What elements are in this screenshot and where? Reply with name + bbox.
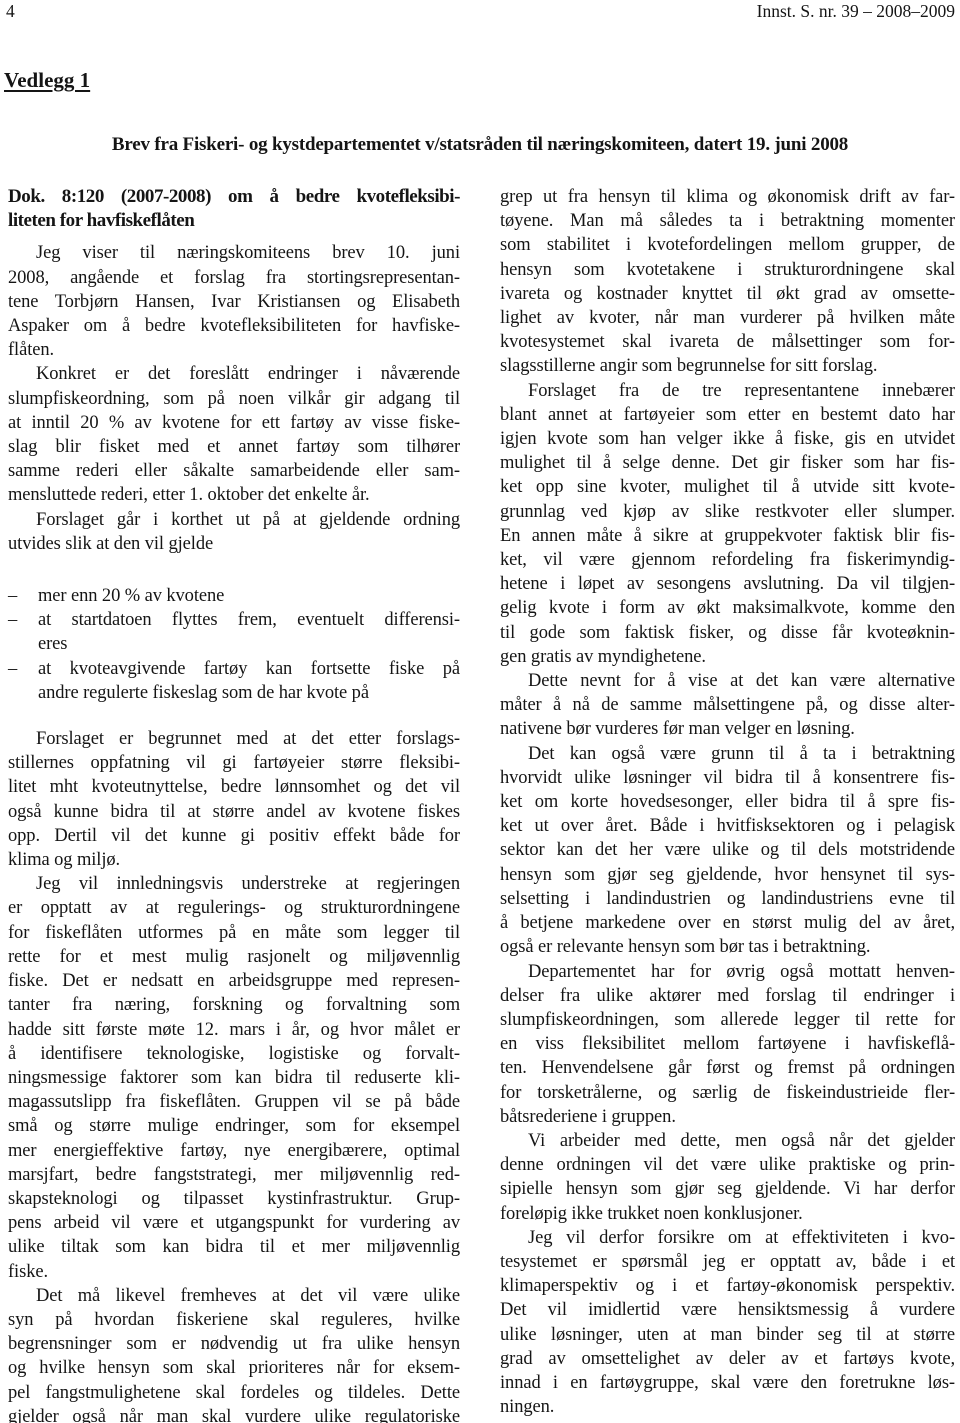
text-line: Det vil imidlertid være hensiktsmessig å… [500, 1298, 955, 1322]
text-line: små og større mulige endringer, som for … [8, 1114, 460, 1138]
text-line: delser fra ulike aktører med forslag til… [500, 984, 955, 1008]
text-line: mer enn 20 % av kvotene [38, 584, 460, 608]
text-line: denne ordningen vil det være ulike prakt… [500, 1153, 955, 1177]
text-line: grunnlag ved kjøp av slike restkvoter el… [500, 500, 955, 524]
text-line: fiske. [8, 1260, 460, 1284]
text-line: også er relevante hensyn som bør tas i b… [500, 935, 955, 959]
text-line: samme rederi eller såkalte samarbeidende… [8, 459, 460, 483]
text-line: er opptatt av at regulerings- og struktu… [8, 896, 460, 920]
text-line: slumpfiskeordningen, som allerede legger… [500, 1008, 955, 1032]
text-line: hetene i løpet av sesongens avslutning. … [500, 572, 955, 596]
paragraph: Jeg vil derfor forsikre om at effektivit… [500, 1226, 955, 1420]
text-line: slagsstillerne angir som begrunnelse for… [500, 354, 955, 378]
vedlegg-heading: Vedlegg 1 [4, 68, 90, 93]
text-line: rette for et mest mulig rasjonelt og mil… [8, 945, 460, 969]
text-line: utvides slik at den vil gjelde [8, 532, 460, 556]
text-line: tesystemet er spørsmål jeg er opptatt av… [500, 1250, 955, 1274]
text-line: tøyene. Man må således ta i betraktning … [500, 209, 955, 233]
text-line: andre regulerte fiskeslag som de har kvo… [38, 681, 460, 705]
text-line: lighet av kvoter, når man vurderer på hv… [500, 306, 955, 330]
text-line: mensluttede rederi, etter 1. oktober det… [8, 483, 460, 507]
paragraph: Forslaget går i korthet ut på at gjelden… [8, 508, 460, 556]
text-line: Departementet har for øvrig også mottatt… [500, 960, 955, 984]
text-line: sektor kan det her være ulike og til del… [500, 838, 955, 862]
list-item: –at kvoteavgivende fartøy kan fortsette … [8, 657, 460, 705]
text-line: Det kan også være grunn til å ta i betra… [500, 742, 955, 766]
text-line: nativene bør vurderes før man velger en … [500, 717, 955, 741]
text-line: grad av omsettelighet av deler av et far… [500, 1347, 955, 1371]
text-line: foreløpig ikke trukket noen konklusjoner… [500, 1202, 955, 1226]
text-line: Jeg vil derfor forsikre om at effektivit… [500, 1226, 955, 1250]
text-line: pens arbeid vil være et utgangspunkt for… [8, 1211, 460, 1235]
text-line: begrensninger som er nødvendig ut fra ul… [8, 1332, 460, 1356]
text-line: liteten for havfiskeflåten [8, 209, 460, 233]
text-line: ket, vil være gjennom refordeling fra fi… [500, 548, 955, 572]
section-heading: Dok. 8:120 (2007-2008) om å bedre kvotef… [8, 185, 460, 233]
text-line: gelig kvote i form av økt maksimalkvote,… [500, 596, 955, 620]
text-line: mulighet til å selge denne. Det gir fisk… [500, 451, 955, 475]
text-line: ket ut over året. Både i hvitfisksektore… [500, 814, 955, 838]
paragraph: Vi arbeider med dette, men også når det … [500, 1129, 955, 1226]
text-line: litet mht kvoteutnyttelse, bedre lønnsom… [8, 775, 460, 799]
text-line: også kunne bidra til at større andel av … [8, 800, 460, 824]
text-line: igjen kvote som han velger ikke å fiske,… [500, 427, 955, 451]
text-line: opp. Dertil vil det kunne gi positiv eff… [8, 824, 460, 848]
text-line: hvorvidt ulike løsninger vil bidra til å… [500, 766, 955, 790]
text-line: å betjene markedene over en størst mulig… [500, 911, 955, 935]
text-line: en viss fleksibilitet mellom fartøyene i… [500, 1032, 955, 1056]
text-line: En annen måte å sikre at gruppekvoter fa… [500, 524, 955, 548]
journal-reference: Innst. S. nr. 39 – 2008–2009 [757, 1, 955, 21]
text-line: 2008, angående et forslag fra stortingsr… [8, 266, 460, 290]
text-line: at kvoteavgivende fartøy kan fortsette f… [38, 657, 460, 681]
paragraph: Departementet har for øvrig også mottatt… [500, 960, 955, 1129]
letter-title: Brev fra Fiskeri- og kystdepartementet v… [0, 134, 960, 156]
text-line: gen gratis av myndighetene. [500, 645, 955, 669]
text-line: ulike tiltak som kan bidra til et mer mi… [8, 1235, 460, 1259]
text-line: sipielle hensyn som gjør seg gjeldende. … [500, 1177, 955, 1201]
text-line: mer energieffektive fartøy, nye energibæ… [8, 1139, 460, 1163]
text-line: marsjfart, bedre fangststrategi, mer mil… [8, 1163, 460, 1187]
paragraph: Forslaget er begrunnet med at det etter … [8, 727, 460, 872]
paragraph: Konkret er det foreslått endringer i nåv… [8, 362, 460, 507]
dash-bullet: – [8, 584, 17, 608]
text-line: Vi arbeider med dette, men også når det … [500, 1129, 955, 1153]
text-line: kvotesystemet skal ivareta de målsetting… [500, 330, 955, 354]
text-line: ket opp sine kvoter, mulighet til å utvi… [500, 475, 955, 499]
paragraph: Jeg vil innledningsvis understreke at re… [8, 872, 460, 1283]
list-item-text: at kvoteavgivende fartøy kan fortsette f… [38, 657, 460, 705]
dash-bullet: – [8, 608, 17, 632]
text-line: skapsteknologi og tilpasset kystinfrastr… [8, 1187, 460, 1211]
text-line: å identifisere teknologiske, logistiske … [8, 1042, 460, 1066]
text-line: båtsrederiene i gruppen. [500, 1105, 955, 1129]
text-line: hensyn som kvotetakene i strukturordning… [500, 258, 955, 282]
paragraph: Det må likevel fremheves at det vil være… [8, 1284, 460, 1423]
text-line: Dok. 8:120 (2007-2008) om å bedre kvotef… [8, 185, 460, 209]
text-line: magassutslipp fra fiskeflåten. Gruppen v… [8, 1090, 460, 1114]
text-line: blant annet at fartøyeier som etter en b… [500, 403, 955, 427]
list-item: –mer enn 20 % av kvotene [8, 584, 460, 608]
paragraph: grep ut fra hensyn til klima og økonomis… [500, 185, 955, 379]
list-item: –at startdatoen flyttes frem, eventuelt … [8, 608, 460, 656]
text-line: hensyn som gjør seg gjeldende, hvor hens… [500, 863, 955, 887]
text-line: at inntil 20 % av kvotene for ett fartøy… [8, 411, 460, 435]
document-page: 4 Innst. S. nr. 39 – 2008–2009 Vedlegg 1… [0, 0, 960, 1423]
paragraph: Forslaget fra de tre representantene inn… [500, 379, 955, 669]
list-item-text: at startdatoen flyttes frem, eventuelt d… [38, 608, 460, 656]
text-line: som stabilitet i kvotefordelingen mellom… [500, 233, 955, 257]
page-number: 4 [6, 1, 15, 21]
text-line: stillernes oppfatning vil gi fartøyeier … [8, 751, 460, 775]
text-line: ulike løsninger, uten at man binder seg … [500, 1323, 955, 1347]
text-line: til gode som faktisk fisker, og disse få… [500, 621, 955, 645]
text-line: for fiskeflåten utformes på en måte som … [8, 921, 460, 945]
text-line: slumpfiskeordning, som på noen vilkår gi… [8, 387, 460, 411]
text-line: selsetting i landindustrien og landindus… [500, 887, 955, 911]
text-line: gjelder også når man skal vurdere ulike … [8, 1405, 460, 1423]
text-line: eres [38, 632, 460, 656]
text-line: flåten. [8, 338, 460, 362]
list-item-text: mer enn 20 % av kvotene [38, 584, 460, 608]
text-line: måter å nå de samme målsettingene på, og… [500, 693, 955, 717]
text-column-left: Dok. 8:120 (2007-2008) om å bedre kvotef… [8, 185, 460, 1423]
text-line: ningsmessige faktorer som kan bidra til … [8, 1066, 460, 1090]
text-line: ivareta og kostnader knyttet til økt gra… [500, 282, 955, 306]
text-line: Aspaker om å bedre kvotefleksibiliteten … [8, 314, 460, 338]
dash-bullet: – [8, 657, 17, 681]
text-line: Jeg vil innledningsvis understreke at re… [8, 872, 460, 896]
text-line: Konkret er det foreslått endringer i nåv… [8, 362, 460, 386]
text-line: Forslaget er begrunnet med at det etter … [8, 727, 460, 751]
text-line: grep ut fra hensyn til klima og økonomis… [500, 185, 955, 209]
text-line: for torsketrålerne, og særlig de fiskein… [500, 1081, 955, 1105]
text-line: klima og miljø. [8, 848, 460, 872]
text-line: Forslaget fra de tre representantene inn… [500, 379, 955, 403]
paragraph: Det kan også være grunn til å ta i betra… [500, 742, 955, 960]
text-line: pel fangstmulighetene skal fordeles og t… [8, 1381, 460, 1405]
text-line: Forslaget går i korthet ut på at gjelden… [8, 508, 460, 532]
text-line: syn på hvordan fiskeriene skal reguleres… [8, 1308, 460, 1332]
text-line: tanter fra næring, forskning og forvaltn… [8, 993, 460, 1017]
text-line: fiske. Det er nedsatt en arbeidsgruppe m… [8, 969, 460, 993]
text-line: og hvilke hensyn som skal prioriteres nå… [8, 1356, 460, 1380]
text-column-right: grep ut fra hensyn til klima og økonomis… [500, 185, 955, 1419]
text-line: tene Torbjørn Hansen, Ivar Kristiansen o… [8, 290, 460, 314]
text-line: Jeg viser til næringskomiteens brev 10. … [8, 241, 460, 265]
text-line: innad i en fartøygruppe, skal være den f… [500, 1371, 955, 1395]
paragraph: Jeg viser til næringskomiteens brev 10. … [8, 241, 460, 362]
bullet-list: –mer enn 20 % av kvotene–at startdatoen … [8, 584, 460, 705]
text-line: slag blir fisket med et annet fartøy som… [8, 435, 460, 459]
text-line: klimaperspektiv og i et fartøy-økonomisk… [500, 1274, 955, 1298]
text-line: at startdatoen flyttes frem, eventuelt d… [38, 608, 460, 632]
paragraph: Dette nevnt for å vise at det kan være a… [500, 669, 955, 742]
text-line: ningen. [500, 1395, 955, 1419]
text-line: Det må likevel fremheves at det vil være… [8, 1284, 460, 1308]
text-line: Dette nevnt for å vise at det kan være a… [500, 669, 955, 693]
text-line: ket om korte hovedsesonger, eller bidra … [500, 790, 955, 814]
text-line: hadde sitt første møte 12. mars i år, og… [8, 1018, 460, 1042]
text-line: ten. Henvendelsene går først og fremst p… [500, 1056, 955, 1080]
